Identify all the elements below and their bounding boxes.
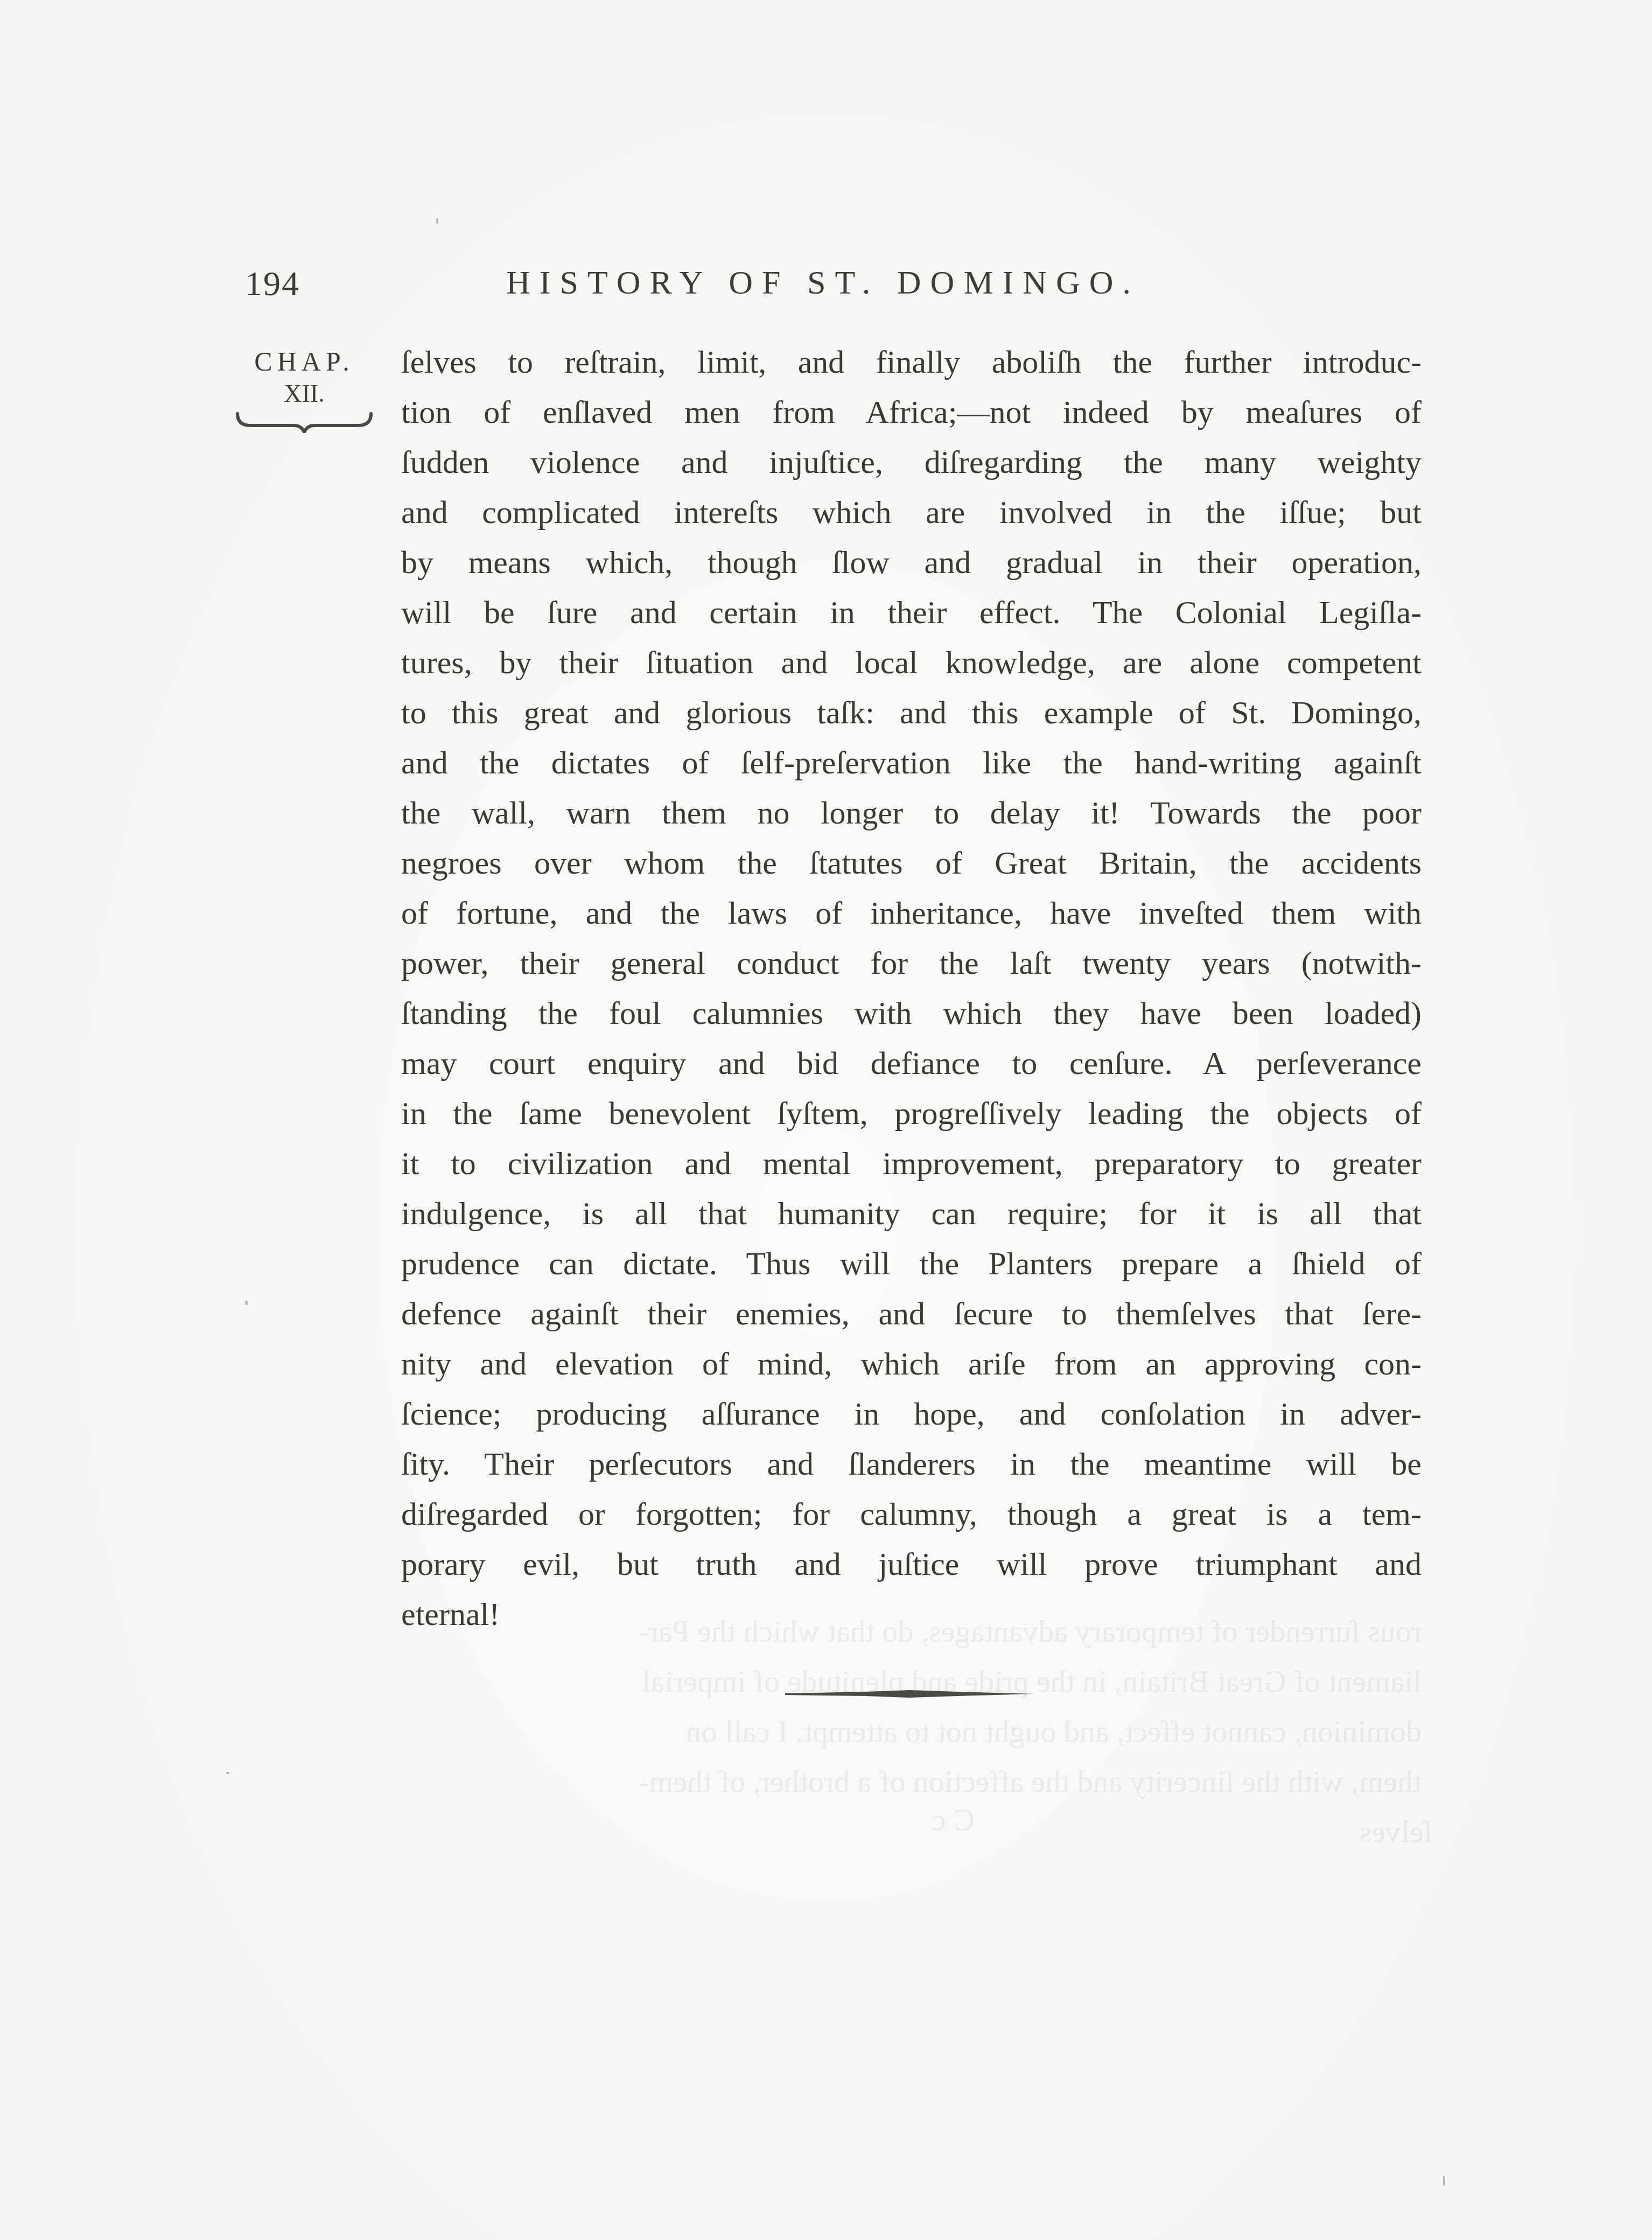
text-line: ſity. Their perſecutors and ſlanderers i… [401,1442,1422,1492]
text-line: may court enquiry and bid defiance to ce… [401,1042,1422,1092]
scan-speck [245,1301,248,1305]
text-line: to this great and glorious taſk: and thi… [401,691,1422,741]
text-line: diſregarded or forgotten; for calumny, t… [401,1492,1422,1543]
scan-speck [1443,2176,1445,2186]
text-line: the wall, warn them no longer to delay i… [401,791,1422,841]
text-line: of fortune, and the laws of inheritance,… [401,891,1422,941]
scan-speck [436,218,438,224]
text-line: tures, by their ſituation and local know… [401,641,1422,691]
text-line: prudence can dictate. Thus will the Plan… [401,1242,1422,1292]
running-title: HISTORY OF ST. DOMINGO. [506,264,1140,302]
scanned-book-page: rous ſurrender of temporary advantages, … [0,0,1652,2240]
text-line: will be ſure and certain in their effect… [401,591,1422,641]
text-line: tion of enſlaved men from Africa;—not in… [401,390,1422,441]
text-line: and complicated intereſts which are invo… [401,491,1422,541]
text-line: by means which, though ſlow and gradual … [401,541,1422,591]
text-line: porary evil, but truth and juſtice will … [401,1543,1422,1593]
text-line: ſcience; producing aſſurance in hope, an… [401,1392,1422,1442]
text-line: nity and elevation of mind, which ariſe … [401,1342,1422,1392]
text-line: indulgence, is all that humanity can req… [401,1192,1422,1242]
text-line: ſtanding the foul calumnies with which t… [401,992,1422,1042]
chapter-number: XII. [232,378,377,409]
text-line: power, their general conduct for the laſ… [401,941,1422,992]
text-line: ſelves to reſtrain, limit, and finally a… [401,340,1422,390]
text-line: in the ſame benevolent ſyſtem, progreſſi… [401,1092,1422,1142]
text-line: and the dictates of ſelf-preſervation li… [401,741,1422,791]
chapter-label: CHAP. [232,345,377,378]
chapter-margin-note: CHAP. XII. [232,345,377,433]
text-line: ſudden violence and injuſtice, diſregard… [401,441,1422,491]
bleed-through-signature: C c [910,1802,975,1838]
curly-brace-icon [234,411,374,433]
body-text: ſelves to reſtrain, limit, and finally a… [401,340,1422,1643]
text-line-last: eternal! [401,1593,1422,1643]
bleed-through-line: ſelves [1325,1813,1432,1850]
page-number: 194 [245,264,300,304]
text-line: negroes over whom the ſtatutes of Great … [401,841,1422,891]
ornamental-rule [785,1690,1034,1698]
text-line: defence againſt their enemies, and ſecur… [401,1292,1422,1342]
scan-speck [226,1772,229,1774]
running-head: 194 HISTORY OF ST. DOMINGO. [245,264,1430,307]
bleed-through-line: dominion, cannot effect, and ought not t… [398,1713,1422,1749]
text-line: it to civilization and mental improvemen… [401,1142,1422,1192]
bleed-through-line: them, with the ſincerity and the affecti… [398,1763,1422,1799]
